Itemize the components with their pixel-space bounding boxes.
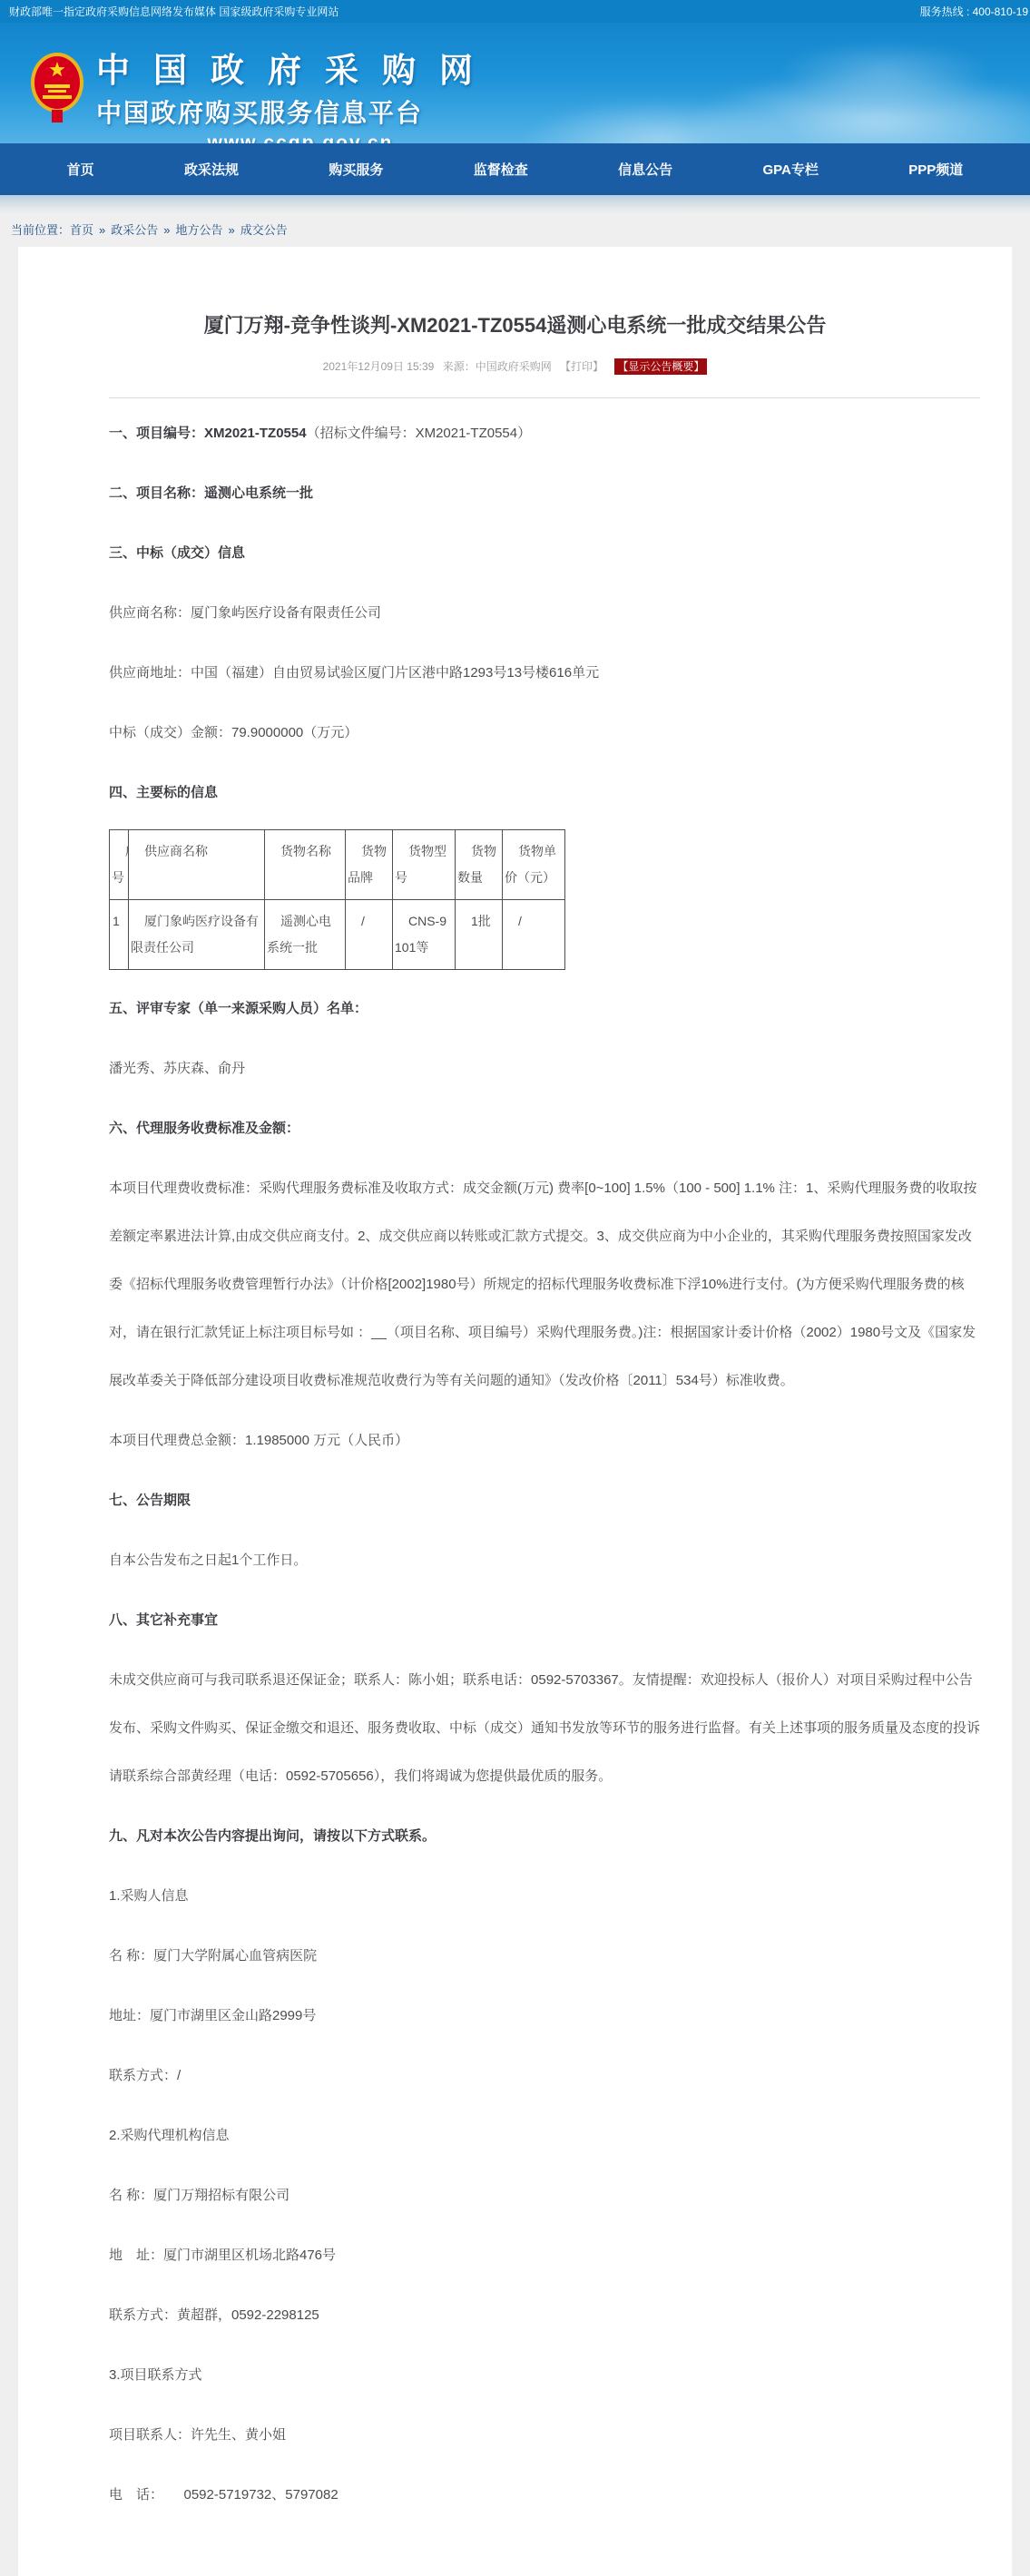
- show-summary-button[interactable]: 【显示公告概要】: [614, 358, 707, 375]
- paragraph: 四、主要标的信息: [109, 769, 980, 817]
- paragraph-text: 联系方式：/: [109, 2068, 181, 2083]
- nav-item[interactable]: 首页: [67, 160, 94, 179]
- paragraph-text: 3.项目联系方式: [109, 2367, 202, 2383]
- paragraph-text: 1.采购人信息: [109, 1888, 189, 1904]
- paragraph: 三、中标（成交）信息: [109, 529, 980, 577]
- paragraph-text: 本项目代理费总金额：1.1985000 万元（人民币）: [109, 1433, 408, 1448]
- breadcrumb-link[interactable]: 成交公告: [240, 223, 288, 237]
- section-heading: 三、中标（成交）信息: [109, 545, 245, 561]
- paragraph-text: 自本公告发布之日起1个工作日。: [109, 1552, 307, 1568]
- table-header-row: 序号供应商名称货物名称货物品牌货物型号货物数量货物单价（元）: [110, 830, 565, 900]
- paragraph-text: 地 址：厦门市湖里区机场北路476号: [109, 2248, 336, 2263]
- paragraph-text: 供应商地址：中国（福建）自由贸易试验区厦门片区港中路1293号13号楼616单元: [109, 665, 599, 681]
- paragraph: 供应商名称：厦门象屿医疗设备有限责任公司: [109, 589, 980, 637]
- table-header-cell: 货物品牌: [346, 830, 393, 900]
- paragraph: 本项目代理费总金额：1.1985000 万元（人民币）: [109, 1416, 980, 1464]
- table-cell-unit-price: /: [503, 900, 565, 970]
- page-title: 厦门万翔-竞争性谈判-XM2021-TZ0554遥测心电系统一批成交结果公告: [64, 312, 966, 339]
- nav-fade-divider: [0, 195, 1030, 215]
- publish-datetime: 2021年12月09日 15:39: [323, 360, 435, 373]
- nav-item[interactable]: 政采法规: [184, 160, 239, 179]
- paragraph-text: 潘光秀、苏庆森、俞丹: [109, 1061, 245, 1076]
- paragraph: 1.采购人信息: [109, 1872, 980, 1920]
- table-cell-seq: 1: [110, 900, 129, 970]
- paragraph: 地址：厦门市湖里区金山路2999号: [109, 1992, 980, 2040]
- paragraph: 项目联系人：许先生、黄小姐: [109, 2411, 980, 2459]
- site-subtitle: 中国政府购买服务信息平台: [96, 93, 505, 130]
- section-heading: 四、主要标的信息: [109, 785, 218, 800]
- paragraph: 联系方式：/: [109, 2052, 980, 2100]
- breadcrumb-link[interactable]: 首页: [70, 223, 93, 237]
- paragraph-text: 联系方式：黄超群，0592-2298125: [109, 2307, 319, 2323]
- section-heading: 一、项目编号：XM2021-TZ0554: [109, 426, 307, 441]
- goods-table: 序号供应商名称货物名称货物品牌货物型号货物数量货物单价（元） 1 厦门象屿医疗设…: [109, 829, 565, 970]
- paragraph-text: 电 话： 0592-5719732、5797082: [109, 2487, 338, 2503]
- article-body: 一、项目编号：XM2021-TZ0554（招标文件编号：XM2021-TZ055…: [18, 398, 1012, 2519]
- paragraph: 潘光秀、苏庆森、俞丹: [109, 1044, 980, 1092]
- sections-after-table: 五、评审专家（单一来源采购人员）名单： 潘光秀、苏庆森、俞丹 六、代理服务收费标…: [109, 984, 980, 2519]
- breadcrumb-link[interactable]: 地方公告: [176, 223, 223, 237]
- table-header-cell: 货物数量: [456, 830, 503, 900]
- paragraph: 中标（成交）金额：79.9000000（万元）: [109, 709, 980, 757]
- table-header-cell: 货物单价（元）: [503, 830, 565, 900]
- paragraph: 二、项目名称：遥测心电系统一批: [109, 469, 980, 517]
- paragraph-text: 未成交供应商可与我司联系退还保证金；联系人：陈小姐；联系电话：0592-5703…: [109, 1672, 980, 1784]
- table-cell-brand: /: [346, 900, 393, 970]
- table-header-cell: 供应商名称: [129, 830, 265, 900]
- article-source: 来源：中国政府采购网: [443, 360, 552, 373]
- paragraph-text: （招标文件编号：XM2021-TZ0554）: [307, 426, 532, 441]
- section-heading: 九、凡对本次公告内容提出询问，请按以下方式联系。: [109, 1828, 436, 1844]
- breadcrumb-separator: »: [99, 223, 105, 237]
- breadcrumb-link[interactable]: 政采公告: [111, 223, 158, 237]
- paragraph: 3.项目联系方式: [109, 2351, 980, 2399]
- paragraph-text: 中标（成交）金额：79.9000000（万元）: [109, 725, 358, 740]
- section-heading: 六、代理服务收费标准及金额：: [109, 1121, 299, 1136]
- paragraph: 本项目代理费收费标准：采购代理服务费标准及收取方式：成交金额(万元) 费率[0~…: [109, 1164, 980, 1405]
- paragraph-text: 2.采购代理机构信息: [109, 2128, 230, 2143]
- table-cell-quantity: 1批: [456, 900, 503, 970]
- paragraph: 八、其它补充事宜: [109, 1596, 980, 1644]
- table-header-cell: 货物名称: [265, 830, 346, 900]
- cloud-decoration: [776, 41, 994, 104]
- paragraph-text: 本项目代理费收费标准：采购代理服务费标准及收取方式：成交金额(万元) 费率[0~…: [109, 1180, 976, 1388]
- paragraph-text: 地址：厦门市湖里区金山路2999号: [109, 2008, 316, 2023]
- nav-item[interactable]: GPA专栏: [762, 160, 818, 179]
- sections-before-table: 一、项目编号：XM2021-TZ0554（招标文件编号：XM2021-TZ055…: [109, 409, 980, 817]
- topbar: 财政部唯一指定政府采购信息网络发布媒体 国家级政府采购专业网站 服务热线 : 4…: [0, 0, 1030, 23]
- breadcrumb-separator: »: [229, 223, 235, 237]
- paragraph: 未成交供应商可与我司联系退还保证金；联系人：陈小姐；联系电话：0592-5703…: [109, 1656, 980, 1800]
- section-heading: 二、项目名称：遥测心电系统一批: [109, 485, 313, 501]
- topbar-slogan: 财政部唯一指定政府采购信息网络发布媒体 国家级政府采购专业网站: [9, 4, 338, 19]
- paragraph: 六、代理服务收费标准及金额：: [109, 1104, 980, 1152]
- print-button[interactable]: 【打印】: [560, 360, 603, 373]
- paragraph: 2.采购代理机构信息: [109, 2111, 980, 2160]
- breadcrumb-separator: »: [163, 223, 170, 237]
- paragraph: 电 话： 0592-5719732、5797082: [109, 2471, 980, 2519]
- section-heading: 七、公告期限: [109, 1493, 191, 1508]
- breadcrumb: 当前位置：首页»政采公告»地方公告»成交公告»: [0, 215, 1030, 247]
- paragraph-text: 名 称：厦门万翔招标有限公司: [109, 2188, 289, 2203]
- site-url: www.ccgp.gov.cn: [96, 132, 505, 143]
- paragraph: 供应商地址：中国（福建）自由贸易试验区厦门片区港中路1293号13号楼616单元: [109, 649, 980, 697]
- section-heading: 八、其它补充事宜: [109, 1612, 218, 1628]
- nav-item[interactable]: 信息公告: [618, 160, 672, 179]
- nav-item[interactable]: PPP频道: [908, 160, 963, 179]
- paragraph: 九、凡对本次公告内容提出询问，请按以下方式联系。: [109, 1812, 980, 1860]
- table-cell-supplier: 厦门象屿医疗设备有限责任公司: [129, 900, 265, 970]
- paragraph: 名 称：厦门万翔招标有限公司: [109, 2171, 980, 2219]
- site-title: 中国政府采购网: [96, 43, 505, 92]
- paragraph: 七、公告期限: [109, 1476, 980, 1524]
- section-heading: 五、评审专家（单一来源采购人员）名单：: [109, 1001, 368, 1016]
- paragraph: 一、项目编号：XM2021-TZ0554（招标文件编号：XM2021-TZ055…: [109, 409, 980, 457]
- national-emblem-logo: [30, 46, 84, 122]
- paragraph-text: 名 称：厦门大学附属心血管病医院: [109, 1948, 317, 1964]
- table-header-cell: 货物型号: [393, 830, 456, 900]
- table-header-cell: 序号: [110, 830, 129, 900]
- paragraph-text: 项目联系人：许先生、黄小姐: [109, 2427, 286, 2443]
- service-hotline: 服务热线 : 400-810-19: [920, 4, 1028, 19]
- paragraph: 联系方式：黄超群，0592-2298125: [109, 2291, 980, 2339]
- site-header: 中国政府采购网 中国政府购买服务信息平台 www.ccgp.gov.cn: [0, 23, 1030, 143]
- article-meta: 2021年12月09日 15:39 来源：中国政府采购网 【打印】 【显示公告概…: [18, 358, 1012, 374]
- paragraph: 地 址：厦门市湖里区机场北路476号: [109, 2231, 980, 2279]
- paragraph: 自本公告发布之日起1个工作日。: [109, 1536, 980, 1584]
- nav-item[interactable]: 购买服务: [329, 160, 383, 179]
- table-row: 1 厦门象屿医疗设备有限责任公司 遥测心电系统一批 / CNS-9101等 1批…: [110, 900, 565, 970]
- breadcrumb-label: 当前位置：: [11, 223, 70, 237]
- paragraph: 名 称：厦门大学附属心血管病医院: [109, 1932, 980, 1980]
- announcement-article: 厦门万翔-竞争性谈判-XM2021-TZ0554遥测心电系统一批成交结果公告 2…: [18, 247, 1012, 2576]
- paragraph-text: 供应商名称：厦门象屿医疗设备有限责任公司: [109, 605, 381, 621]
- table-cell-goods-name: 遥测心电系统一批: [265, 900, 346, 970]
- nav-item[interactable]: 监督检查: [474, 160, 528, 179]
- paragraph: 五、评审专家（单一来源采购人员）名单：: [109, 984, 980, 1033]
- table-cell-model: CNS-9101等: [393, 900, 456, 970]
- main-nav: 首页政采法规购买服务监督检查信息公告GPA专栏PPP频道: [0, 143, 1030, 195]
